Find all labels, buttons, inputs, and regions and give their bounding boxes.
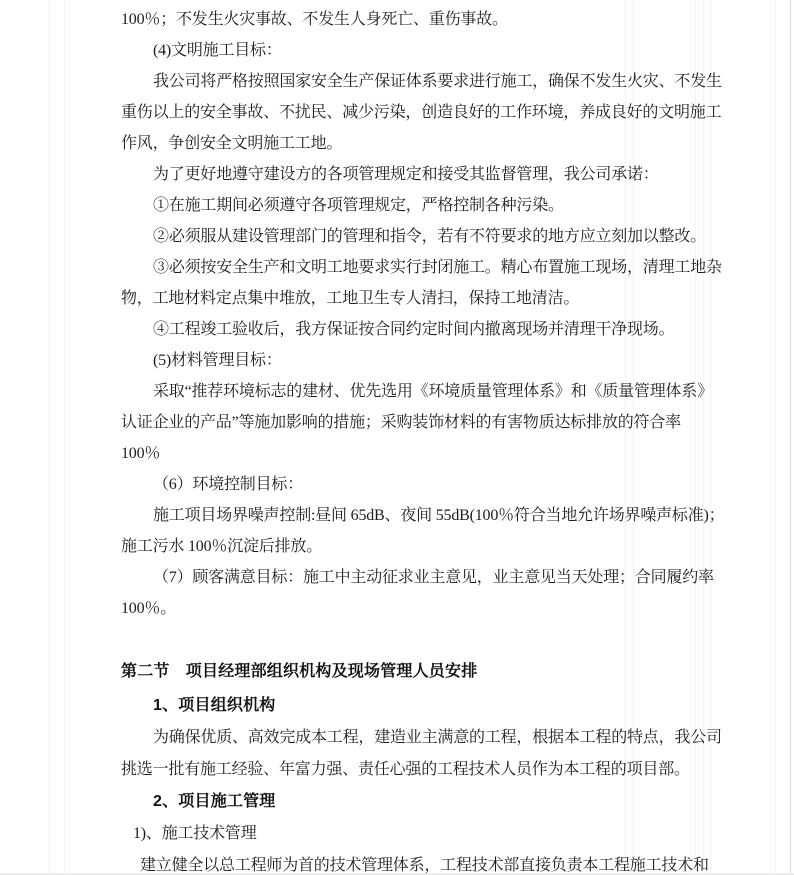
document-page: 100％；不发生火灾事故、不发生人身死亡、重伤事故。 (4)文明施工目标： 我公… [0, 0, 794, 875]
text-line: 重伤以上的安全事故、不扰民、减少污染，创造良好的工作环境，养成良好的文明施工 [121, 97, 741, 128]
scan-artifact-line [775, 0, 776, 875]
text-line: （7）顾客满意目标：施工中主动征求业主意见，业主意见当天处理；合同履约率 [121, 562, 741, 593]
text-line: 为了更好地遵守建设方的各项管理规定和接受其监督管理，我公司承诺： [121, 159, 741, 190]
text-line: 挑选一批有施工经验、年富力强、责任心强的工程技术人员作为本工程的项目部。 [121, 754, 741, 786]
text-line: 我公司将严格按照国家安全生产保证体系要求进行施工，确保不发生火灾、不发生 [121, 66, 741, 97]
text-line: ②必须服从建设管理部门的管理和指令，若有不符要求的地方应立刻加以整改。 [121, 221, 741, 252]
text-line: (5)材料管理目标： [121, 345, 741, 376]
text-line: ①在施工期间必须遵守各项管理规定，严格控制各种污染。 [121, 190, 741, 221]
scan-artifact-line [64, 0, 65, 875]
text-line: 100％；不发生火灾事故、不发生人身死亡、重伤事故。 [121, 4, 741, 35]
text-line: 采取“推荐环境标志的建材、优先选用《环境质量管理体系》和《质量管理体系》 [121, 376, 741, 407]
subsection-heading: 1、项目组织机构 [121, 690, 741, 722]
subsection-heading: 2、项目施工管理 [121, 786, 741, 818]
text-line: (4)文明施工目标： [121, 35, 741, 66]
text-line: 100％。 [121, 593, 741, 624]
text-line: 物，工地材料定点集中堆放，工地卫生专人清扫，保持工地清洁。 [121, 283, 741, 314]
text-line: ③必须按安全生产和文明工地要求实行封闭施工。精心布置施工现场，清理工地杂 [121, 252, 741, 283]
sub-subsection-heading: 1)、施工技术管理 [121, 818, 741, 850]
text-line: 作风，争创安全文明施工工地。 [121, 128, 741, 159]
page-right-edge [790, 0, 791, 875]
text-line: ④工程竣工验收后，我方保证按合同约定时间内撤离现场并清理干净现场。 [121, 314, 741, 345]
section-heading: 第二节 项目经理部组织机构及现场管理人员安排 [121, 654, 741, 690]
document-body: 100％；不发生火灾事故、不发生人身死亡、重伤事故。 (4)文明施工目标： 我公… [121, 4, 741, 875]
text-line: 100％ [121, 438, 741, 469]
text-line: 认证企业的产品”等施加影响的措施；采购装饰材料的有害物质达标排放的符合率 [121, 407, 741, 438]
text-line: 建立健全以总工程师为首的技术管理体系，工程技术部直接负责本工程施工技术和 [121, 850, 741, 875]
text-line: 为确保优质、高效完成本工程，建造业主满意的工程，根据本工程的特点，我公司 [121, 722, 741, 754]
text-line: 施工项目场界噪声控制:昼间 65dB、夜间 55dB(100％符合当地允许场界噪… [121, 500, 741, 531]
text-line: 施工污水 100％沉淀后排放。 [121, 531, 741, 562]
text-line: （6）环境控制目标： [121, 469, 741, 500]
scan-artifact-line [49, 0, 50, 875]
